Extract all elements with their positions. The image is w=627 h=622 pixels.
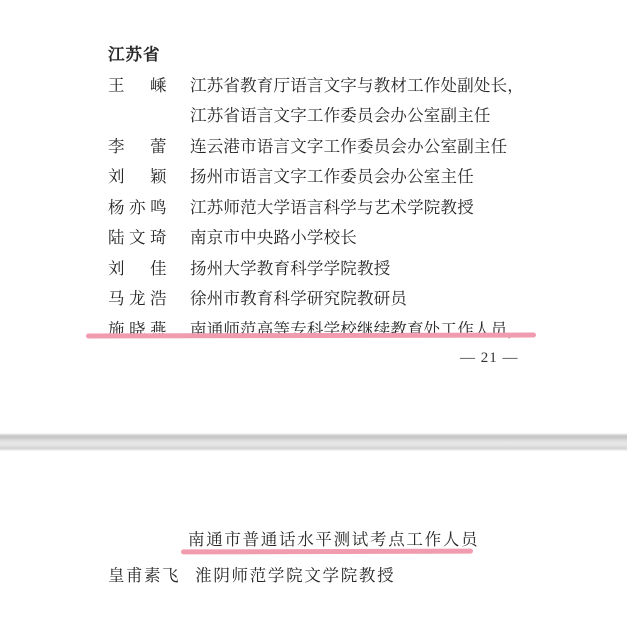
staff-affiliation: 扬州大学教育科学学院教授 (190, 255, 390, 279)
staff-affiliation: 南京市中央路小学校长 (190, 224, 357, 248)
staff-entry-row: 刘 颖 扬州市语言文字工作委员会办公室主任 (108, 160, 578, 191)
staff-entry-row: 皇甫素飞 淮阴师范学院文学院教授 (108, 562, 395, 586)
pink-underline-annotation (86, 333, 536, 339)
province-header-label: 江苏省 (108, 41, 161, 65)
province-header: 江苏省 (108, 38, 578, 69)
staff-entry-row: 杨亦鸣 江苏师范大学语言科学与艺术学院教授 (108, 191, 578, 222)
staff-affiliation: 淮阴师范学院文学院教授 (195, 566, 395, 585)
page-break-divider (0, 433, 627, 451)
staff-name: 李 蕾 (108, 133, 190, 157)
page-number: — 21 — (460, 350, 519, 367)
staff-name: 刘 颖 (108, 163, 190, 187)
staff-affiliation: 连云港市语言文字工作委员会办公室副主任 (190, 133, 507, 157)
staff-name: 杨亦鸣 (108, 194, 190, 218)
staff-affiliation: 江苏师范大学语言科学与艺术学院教授 (190, 194, 474, 218)
page-1-text-block: 江苏省 王 嵊 江苏省教育厅语言文字与教材工作处副处长， 江苏省语言文字工作委员… (108, 38, 578, 343)
staff-name: 王 嵊 (108, 72, 190, 96)
staff-affiliation: 扬州市语言文字工作委员会办公室主任 (190, 163, 474, 187)
staff-entry-row-highlighted: 施晓燕 南通师范高等专科学校继续教育处工作人员， (108, 313, 578, 344)
staff-affiliation: 江苏省教育厅语言文字与教材工作处副处长， (190, 72, 524, 96)
staff-entry-row: 王 嵊 江苏省教育厅语言文字与教材工作处副处长， (108, 69, 578, 100)
staff-entry-row-continuation: 江苏省语言文字工作委员会办公室副主任 (108, 99, 578, 130)
document-scan: 江苏省 王 嵊 江苏省教育厅语言文字与教材工作处副处长， 江苏省语言文字工作委员… (0, 0, 627, 622)
staff-name: 皇甫素飞 (108, 566, 180, 585)
staff-name: 陆文琦 (108, 224, 190, 248)
staff-entry-row: 刘 佳 扬州大学教育科学学院教授 (108, 252, 578, 283)
staff-name: 刘 佳 (108, 255, 190, 279)
staff-entry-row: 马龙浩 徐州市教育科学研究院教研员 (108, 282, 578, 313)
staff-affiliation: 江苏省语言文字工作委员会办公室副主任 (190, 102, 491, 126)
pink-underline-annotation (181, 549, 473, 555)
staff-entry-row: 李 蕾 连云港市语言文字工作委员会办公室副主任 (108, 130, 578, 161)
staff-entry-row: 陆文琦 南京市中央路小学校长 (108, 221, 578, 252)
continuation-affiliation-line: 南通市普通话水平测试考点工作人员 (188, 526, 479, 550)
staff-name: 马龙浩 (108, 285, 190, 309)
staff-affiliation: 徐州市教育科学研究院教研员 (190, 285, 407, 309)
